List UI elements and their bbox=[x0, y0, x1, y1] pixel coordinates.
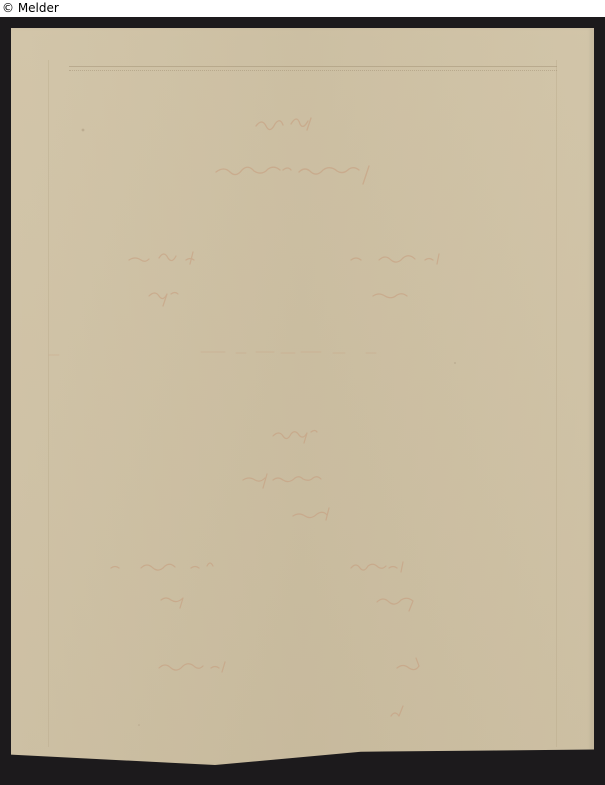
paper-specks bbox=[11, 28, 594, 765]
copyright-caption: © Melder bbox=[2, 0, 59, 17]
document-page bbox=[11, 28, 594, 765]
